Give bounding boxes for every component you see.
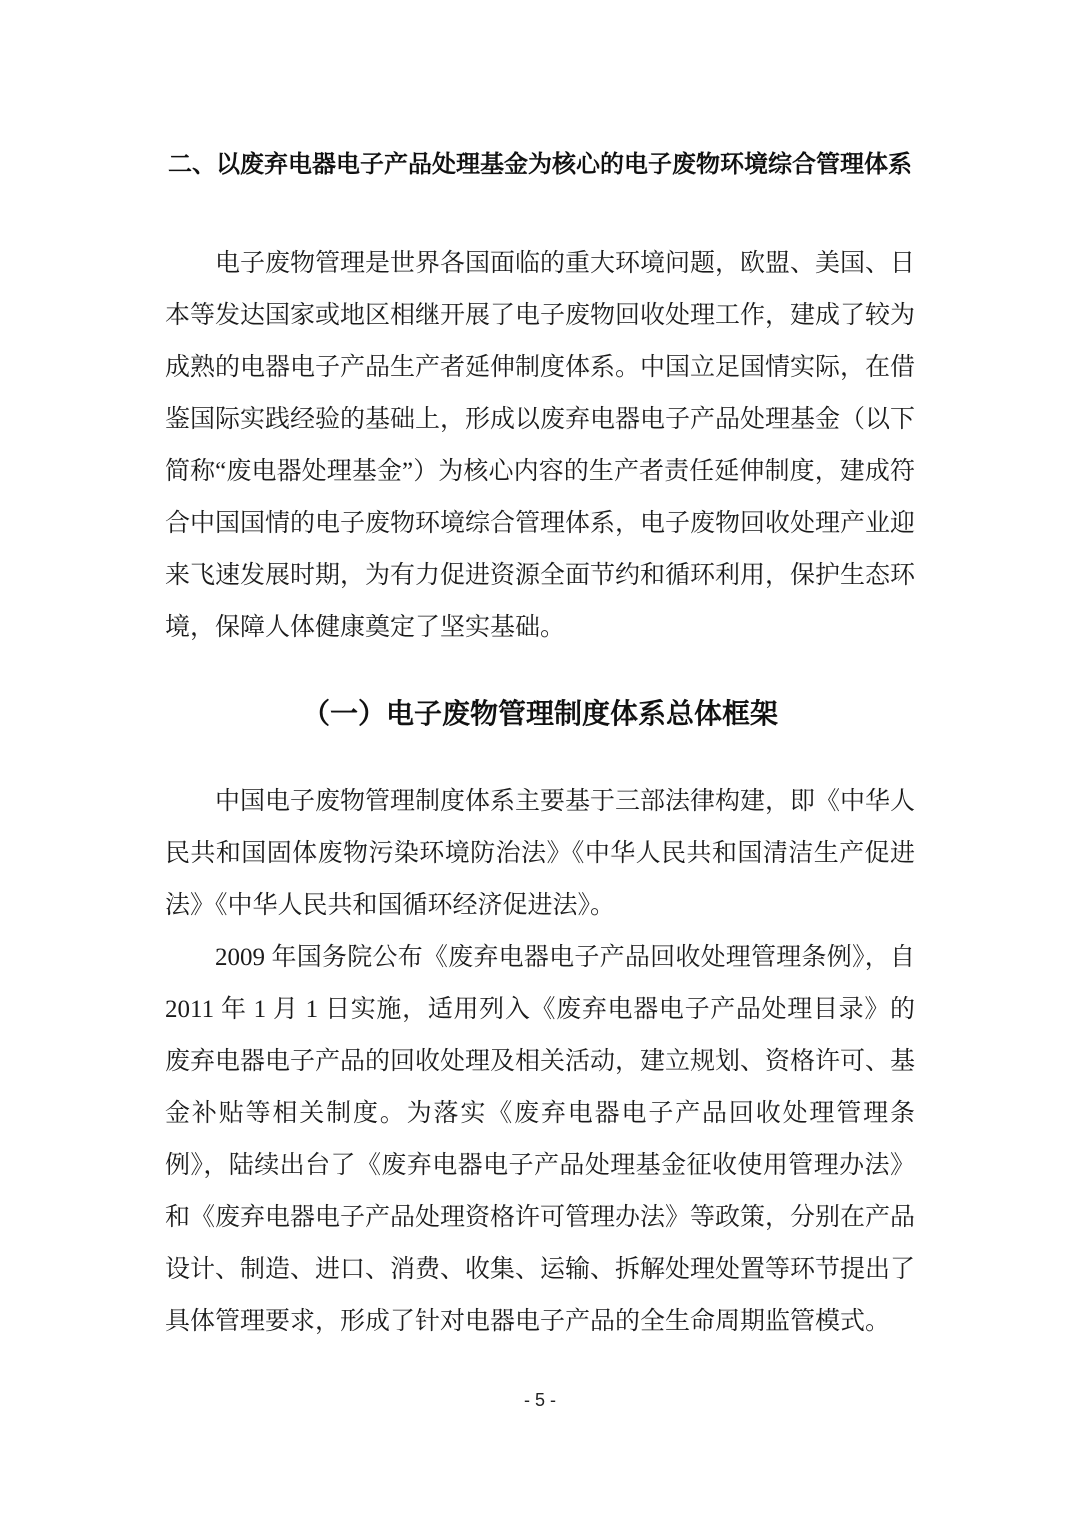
document-content: 二、以废弃电器电子产品处理基金为核心的电子废物环境综合管理体系 电子废物管理是世… (165, 148, 915, 1348)
paragraph-legal-basis: 中国电子废物管理制度体系主要基于三部法律构建，即《中华人民共和国固体废物污染环境… (165, 776, 915, 932)
subsection-title: （一）电子废物管理制度体系总体框架 (165, 694, 915, 736)
page-number: - 5 - (0, 1388, 1080, 1412)
document-page: 二、以废弃电器电子产品处理基金为核心的电子废物环境综合管理体系 电子废物管理是世… (0, 0, 1080, 1526)
paragraph-intro: 电子废物管理是世界各国面临的重大环境问题，欧盟、美国、日本等发达国家或地区相继开… (165, 238, 915, 654)
paragraph-regulations: 2009 年国务院公布《废弃电器电子产品回收处理管理条例》，自 2011 年 1… (165, 932, 915, 1348)
section-title: 二、以废弃电器电子产品处理基金为核心的电子废物环境综合管理体系 (165, 148, 915, 182)
